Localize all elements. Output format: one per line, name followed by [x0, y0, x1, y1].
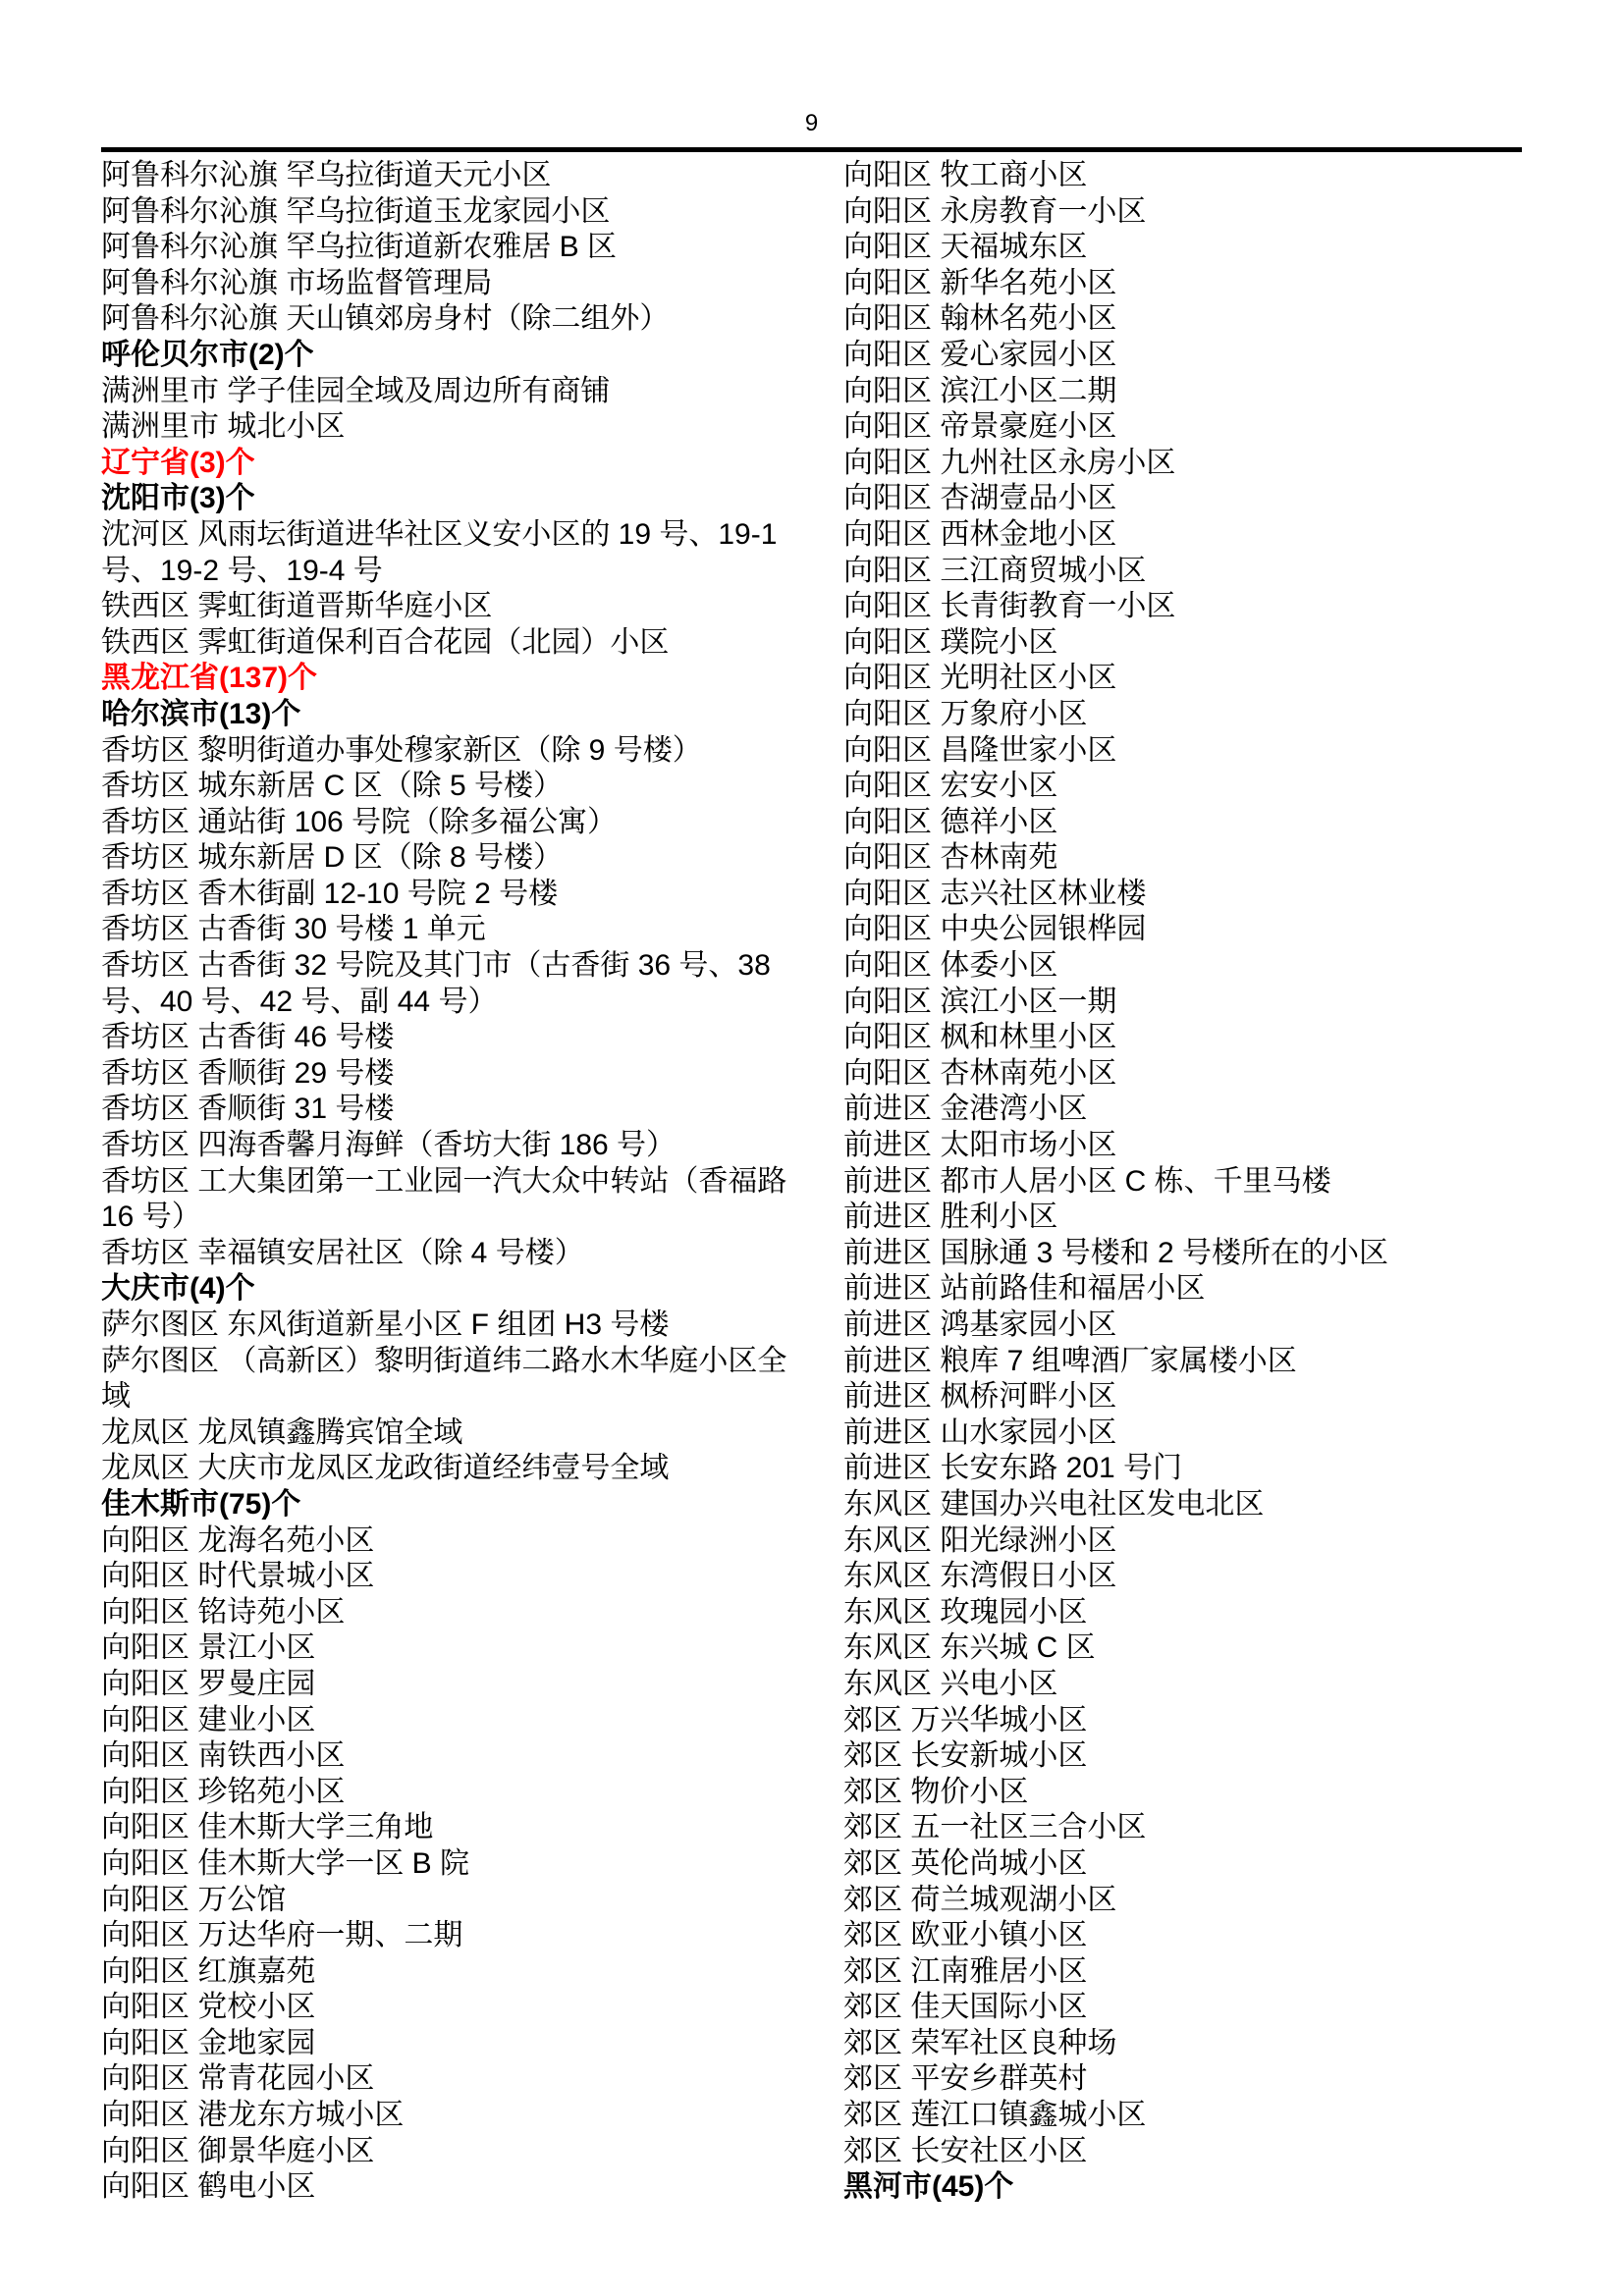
area-entry-line: 向阳区 杏林南苑小区 [843, 1056, 1522, 1093]
area-entry-line: 向阳区 党校小区 [101, 1990, 803, 2026]
area-entry-line: 满洲里市 城北小区 [101, 409, 803, 446]
area-entry-line: 郊区 长安新城小区 [843, 1738, 1522, 1775]
area-entry-line: 向阳区 时代景城小区 [101, 1559, 803, 1595]
area-entry-line: 向阳区 万达华府一期、二期 [101, 1918, 803, 1954]
province-header: 黑龙江省(137)个 [101, 661, 803, 697]
area-entry-line: 香坊区 古香街 30 号楼 1 单元 [101, 912, 803, 948]
area-entry-line: 向阳区 永房教育一小区 [843, 194, 1522, 231]
area-entry-line: 郊区 长安社区小区 [843, 2134, 1522, 2170]
province-header: 辽宁省(3)个 [101, 446, 803, 482]
area-entry-line: 向阳区 南铁西小区 [101, 1738, 803, 1775]
area-entry-line: 香坊区 香木街副 12-10 号院 2 号楼 [101, 877, 803, 913]
area-entry-line: 香坊区 古香街 32 号院及其门市（古香街 36 号、38 号、40 号、42 … [101, 948, 803, 1020]
area-entry-line: 郊区 英伦尚城小区 [843, 1846, 1522, 1883]
city-header: 大庆市(4)个 [101, 1271, 803, 1308]
area-entry-line: 向阳区 滨江小区一期 [843, 985, 1522, 1021]
area-entry-line: 向阳区 宏安小区 [843, 769, 1522, 805]
area-entry-line: 前进区 长安东路 201 号门 [843, 1451, 1522, 1487]
area-entry-line: 沈河区 风雨坛街道进华社区义安小区的 19 号、19-1 号、19-2 号、19… [101, 517, 803, 589]
area-entry-line: 香坊区 通站街 106 号院（除多福公寓） [101, 805, 803, 841]
area-entry-line: 郊区 佳天国际小区 [843, 1990, 1522, 2026]
area-entry-line: 向阳区 铭诗苑小区 [101, 1595, 803, 1631]
area-entry-line: 前进区 站前路佳和福居小区 [843, 1271, 1522, 1308]
area-entry-line: 前进区 都市人居小区 C 栋、千里马楼 [843, 1164, 1522, 1201]
area-entry-line: 香坊区 城东新居 D 区（除 8 号楼） [101, 840, 803, 877]
area-entry-line: 东风区 东兴城 C 区 [843, 1630, 1522, 1667]
area-entry-line: 向阳区 鹤电小区 [101, 2169, 803, 2206]
area-entry-line: 向阳区 帝景豪庭小区 [843, 409, 1522, 446]
area-entry-line: 向阳区 罗曼庄园 [101, 1667, 803, 1703]
area-entry-line: 郊区 荣军社区良种场 [843, 2026, 1522, 2062]
document-page: 9 阿鲁科尔沁旗 罕乌拉街道天元小区阿鲁科尔沁旗 罕乌拉街道玉龙家园小区阿鲁科尔… [101, 0, 1522, 2206]
area-entry-line: 向阳区 体委小区 [843, 948, 1522, 985]
area-entry-line: 郊区 五一社区三合小区 [843, 1810, 1522, 1846]
area-entry-line: 香坊区 香顺街 31 号楼 [101, 1092, 803, 1128]
area-entry-line: 向阳区 常青花园小区 [101, 2061, 803, 2098]
area-entry-line: 龙凤区 大庆市龙凤区龙政街道经纬壹号全域 [101, 1451, 803, 1487]
area-entry-line: 向阳区 长青街教育一小区 [843, 589, 1522, 625]
area-entry-line: 香坊区 香顺街 29 号楼 [101, 1056, 803, 1093]
area-entry-line: 前进区 胜利小区 [843, 1200, 1522, 1236]
area-entry-line: 向阳区 港龙东方城小区 [101, 2098, 803, 2134]
area-entry-line: 香坊区 幸福镇安居社区（除 4 号楼） [101, 1236, 803, 1272]
area-entry-line: 香坊区 黎明街道办事处穆家新区（除 9 号楼） [101, 733, 803, 770]
area-entry-line: 郊区 江南雅居小区 [843, 1954, 1522, 1991]
area-entry-line: 前进区 枫桥河畔小区 [843, 1379, 1522, 1415]
area-entry-line: 向阳区 志兴社区林业楼 [843, 877, 1522, 913]
area-entry-line: 东风区 玫瑰园小区 [843, 1595, 1522, 1631]
left-column: 阿鲁科尔沁旗 罕乌拉街道天元小区阿鲁科尔沁旗 罕乌拉街道玉龙家园小区阿鲁科尔沁旗… [101, 158, 803, 2206]
area-entry-line: 郊区 荷兰城观湖小区 [843, 1883, 1522, 1919]
area-entry-line: 向阳区 佳木斯大学三角地 [101, 1810, 803, 1846]
area-entry-line: 郊区 欧亚小镇小区 [843, 1918, 1522, 1954]
area-entry-line: 郊区 平安乡群英村 [843, 2061, 1522, 2098]
area-entry-line: 阿鲁科尔沁旗 罕乌拉街道天元小区 [101, 158, 803, 194]
area-entry-line: 萨尔图区 （高新区）黎明街道纬二路水木华庭小区全域 [101, 1344, 803, 1415]
area-entry-line: 前进区 太阳市场小区 [843, 1128, 1522, 1164]
area-entry-line: 东风区 阳光绿洲小区 [843, 1523, 1522, 1560]
area-entry-line: 前进区 山水家园小区 [843, 1415, 1522, 1452]
area-entry-line: 铁西区 霁虹街道晋斯华庭小区 [101, 589, 803, 625]
area-entry-line: 向阳区 天福城东区 [843, 230, 1522, 266]
area-entry-line: 香坊区 古香街 46 号楼 [101, 1020, 803, 1056]
area-entry-line: 东风区 兴电小区 [843, 1667, 1522, 1703]
area-entry-line: 向阳区 滨江小区二期 [843, 374, 1522, 410]
area-entry-line: 东风区 东湾假日小区 [843, 1559, 1522, 1595]
area-entry-line: 前进区 鸿基家园小区 [843, 1308, 1522, 1344]
area-entry-line: 向阳区 璞院小区 [843, 625, 1522, 662]
area-entry-line: 向阳区 德祥小区 [843, 805, 1522, 841]
area-entry-line: 前进区 粮库 7 组啤酒厂家属楼小区 [843, 1344, 1522, 1380]
area-entry-line: 铁西区 霁虹街道保利百合花园（北园）小区 [101, 625, 803, 662]
area-entry-line: 向阳区 西林金地小区 [843, 517, 1522, 554]
area-entry-line: 郊区 莲江口镇鑫城小区 [843, 2098, 1522, 2134]
area-entry-line: 前进区 国脉通 3 号楼和 2 号楼所在的小区 [843, 1236, 1522, 1272]
area-entry-line: 向阳区 新华名苑小区 [843, 266, 1522, 302]
area-entry-line: 向阳区 爱心家园小区 [843, 338, 1522, 374]
area-entry-line: 香坊区 城东新居 C 区（除 5 号楼） [101, 769, 803, 805]
area-entry-line: 萨尔图区 东风街道新星小区 F 组团 H3 号楼 [101, 1308, 803, 1344]
area-entry-line: 向阳区 珍铭苑小区 [101, 1775, 803, 1811]
area-entry-line: 向阳区 红旗嘉苑 [101, 1954, 803, 1991]
area-entry-line: 向阳区 牧工商小区 [843, 158, 1522, 194]
area-entry-line: 向阳区 万公馆 [101, 1883, 803, 1919]
area-entry-line: 阿鲁科尔沁旗 天山镇郊房身村（除二组外） [101, 301, 803, 338]
area-entry-line: 向阳区 建业小区 [101, 1703, 803, 1739]
area-entry-line: 阿鲁科尔沁旗 市场监督管理局 [101, 266, 803, 302]
header-rule [101, 147, 1522, 152]
area-entry-line: 向阳区 九州社区永房小区 [843, 446, 1522, 482]
city-header: 黑河市(45)个 [843, 2169, 1522, 2206]
area-entry-line: 向阳区 枫和林里小区 [843, 1020, 1522, 1056]
area-entry-line: 向阳区 光明社区小区 [843, 661, 1522, 697]
right-column: 向阳区 牧工商小区向阳区 永房教育一小区向阳区 天福城东区向阳区 新华名苑小区向… [843, 158, 1522, 2206]
area-entry-line: 向阳区 万象府小区 [843, 697, 1522, 733]
two-column-list: 阿鲁科尔沁旗 罕乌拉街道天元小区阿鲁科尔沁旗 罕乌拉街道玉龙家园小区阿鲁科尔沁旗… [101, 158, 1522, 2206]
area-entry-line: 郊区 万兴华城小区 [843, 1703, 1522, 1739]
area-entry-line: 向阳区 佳木斯大学一区 B 院 [101, 1846, 803, 1883]
area-entry-line: 向阳区 中央公园银桦园 [843, 912, 1522, 948]
area-entry-line: 向阳区 景江小区 [101, 1630, 803, 1667]
area-entry-line: 满洲里市 学子佳园全域及周边所有商铺 [101, 374, 803, 410]
city-header: 哈尔滨市(13)个 [101, 697, 803, 733]
area-entry-line: 龙凤区 龙凤镇鑫腾宾馆全域 [101, 1415, 803, 1452]
area-entry-line: 前进区 金港湾小区 [843, 1092, 1522, 1128]
area-entry-line: 阿鲁科尔沁旗 罕乌拉街道玉龙家园小区 [101, 194, 803, 231]
area-entry-line: 香坊区 四海香馨月海鲜（香坊大街 186 号） [101, 1128, 803, 1164]
page-number: 9 [101, 0, 1522, 137]
city-header: 呼伦贝尔市(2)个 [101, 338, 803, 374]
area-entry-line: 向阳区 翰林名苑小区 [843, 301, 1522, 338]
area-entry-line: 向阳区 金地家园 [101, 2026, 803, 2062]
area-entry-line: 向阳区 杏林南苑 [843, 840, 1522, 877]
city-header: 佳木斯市(75)个 [101, 1487, 803, 1523]
area-entry-line: 东风区 建国办兴电社区发电北区 [843, 1487, 1522, 1523]
area-entry-line: 向阳区 三江商贸城小区 [843, 554, 1522, 590]
area-entry-line: 香坊区 工大集团第一工业园一汽大众中转站（香福路 16 号） [101, 1164, 803, 1236]
area-entry-line: 向阳区 龙海名苑小区 [101, 1523, 803, 1560]
column-gap [803, 158, 843, 2206]
area-entry-line: 向阳区 杏湖壹品小区 [843, 481, 1522, 517]
area-entry-line: 向阳区 御景华庭小区 [101, 2134, 803, 2170]
area-entry-line: 向阳区 昌隆世家小区 [843, 733, 1522, 770]
city-header: 沈阳市(3)个 [101, 481, 803, 517]
area-entry-line: 阿鲁科尔沁旗 罕乌拉街道新农雅居 B 区 [101, 230, 803, 266]
area-entry-line: 郊区 物价小区 [843, 1775, 1522, 1811]
